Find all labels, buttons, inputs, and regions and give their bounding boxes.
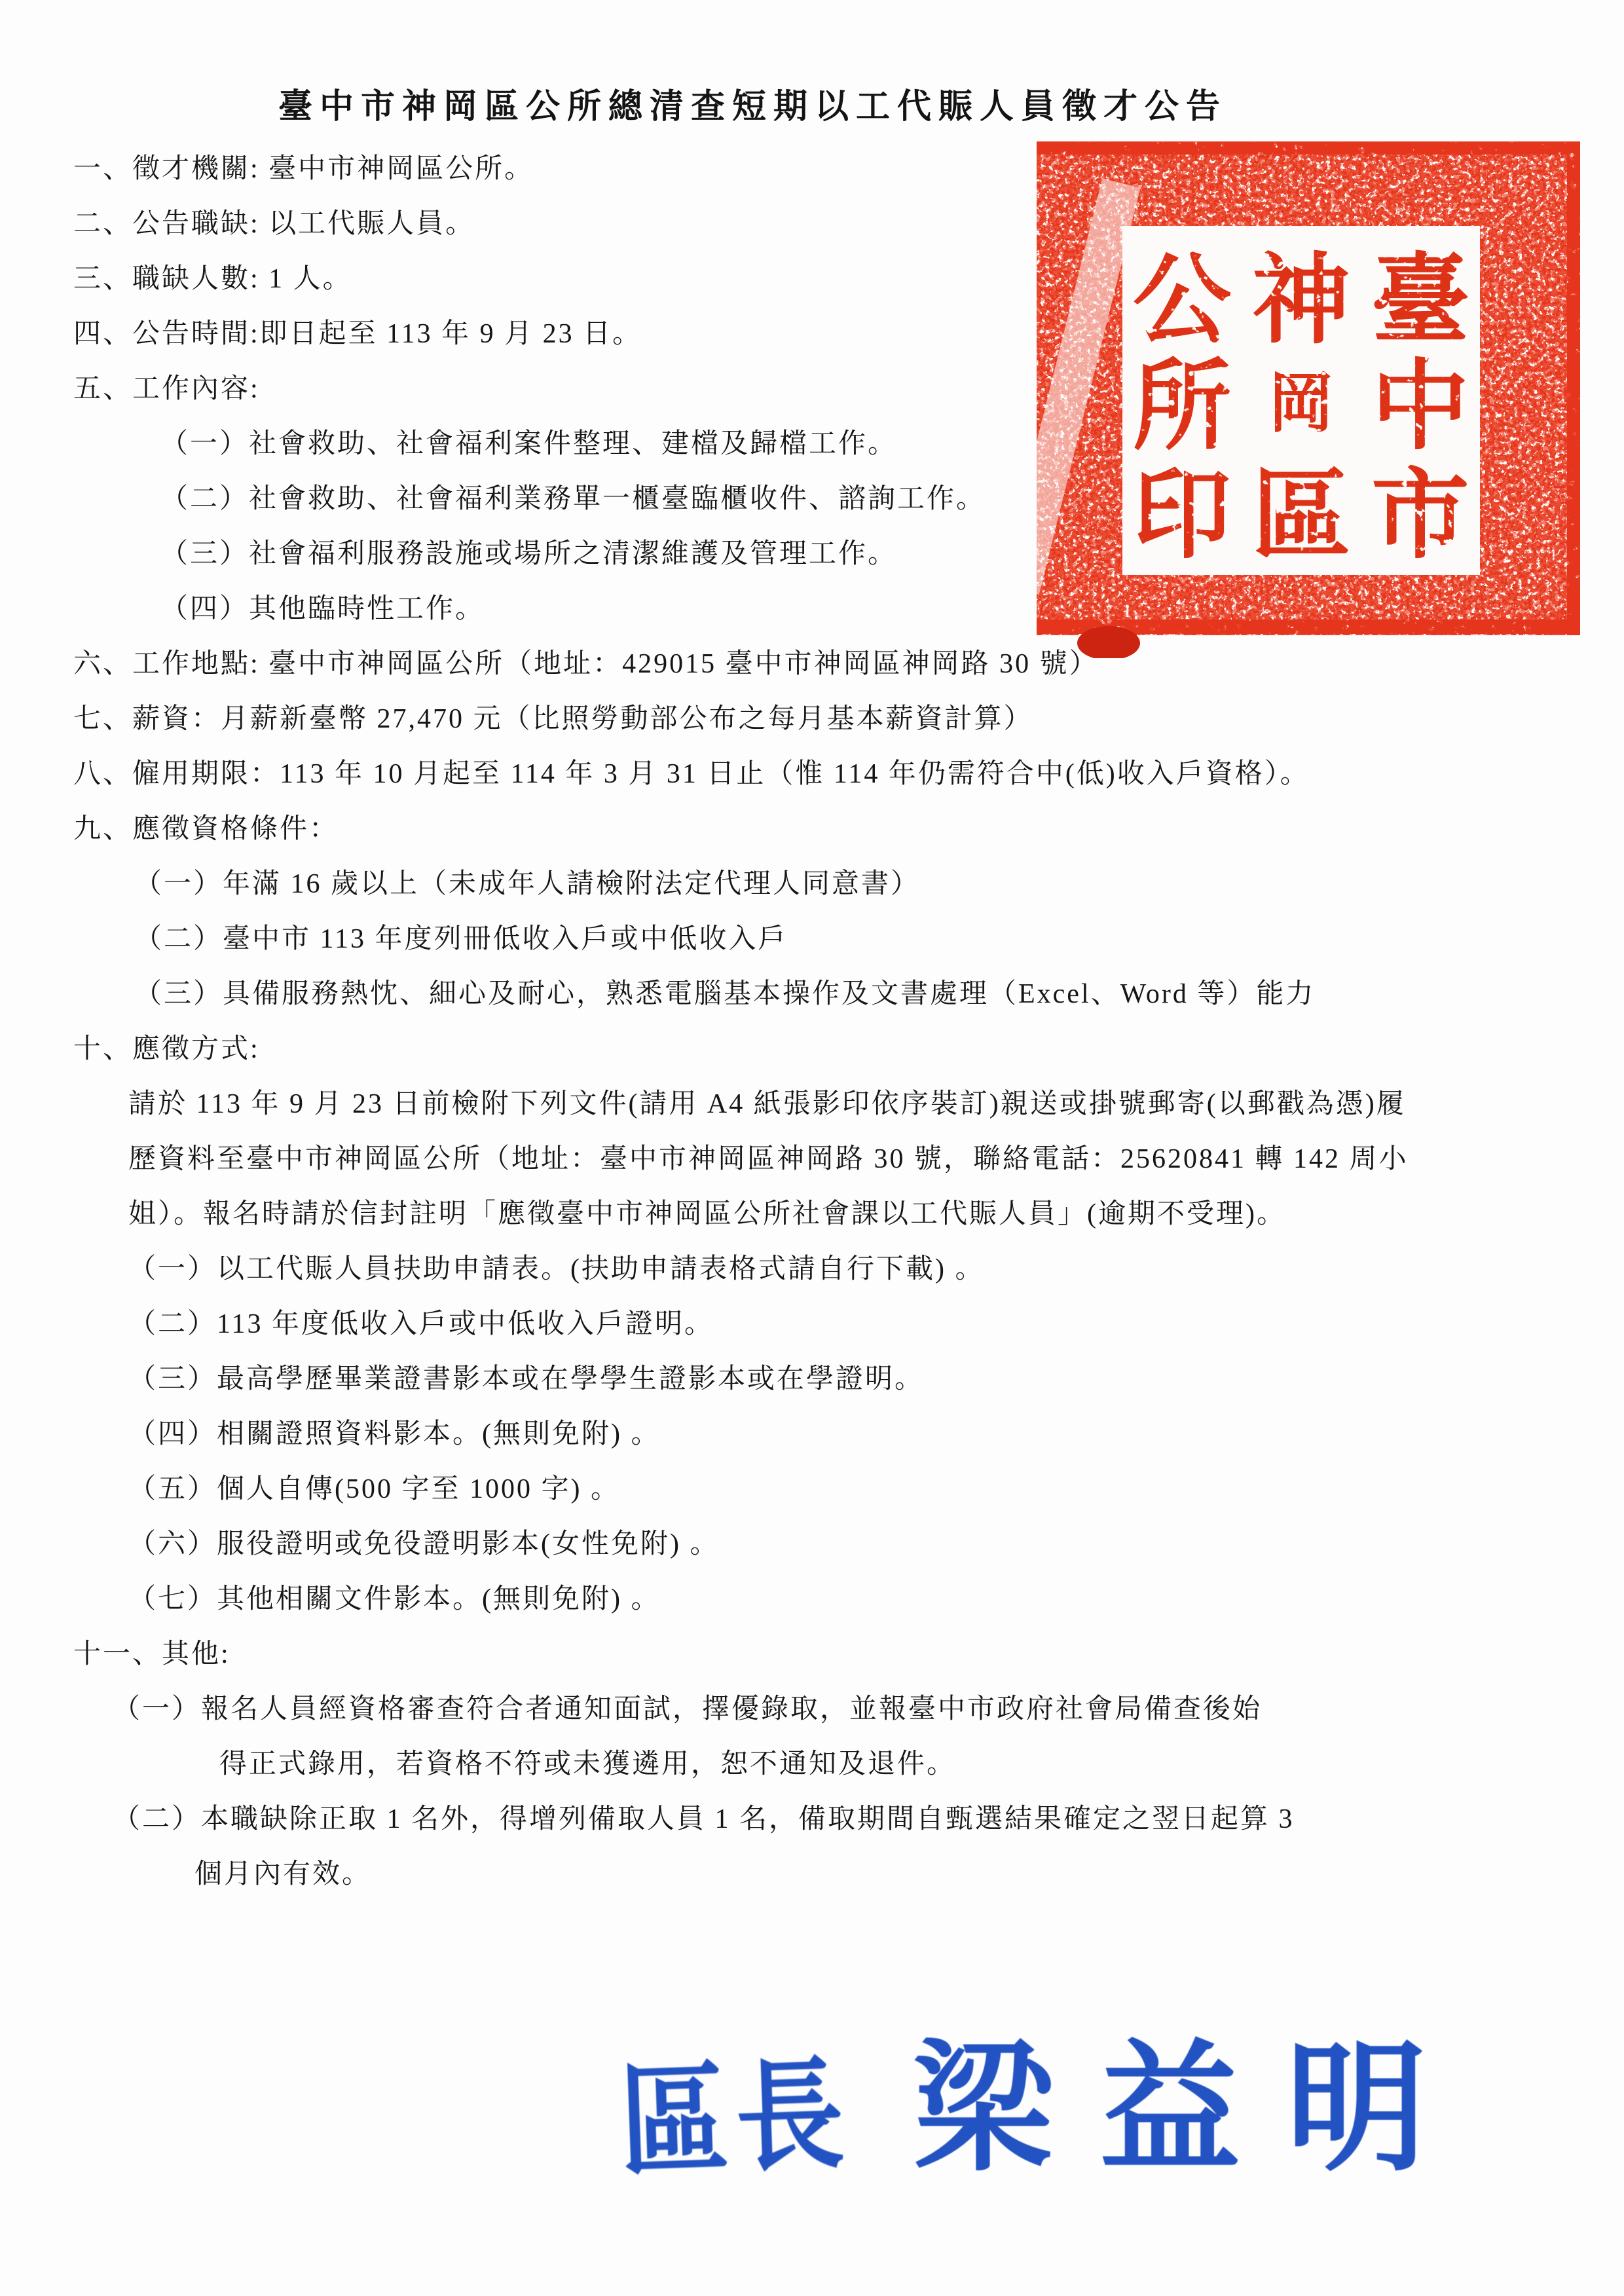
document-line: （五）個人自傳(500 字至 1000 字) 。 — [0, 1459, 1624, 1514]
seal-characters: 臺 中 市 神 岡 區 公 所 印 — [1133, 247, 1469, 570]
signature-stamp: 區長 梁益明 — [622, 1988, 1473, 2184]
seal-character: 所 — [1133, 353, 1231, 462]
document-line: （一）報名人員經資格審查符合者通知面試，擇優錄取，並報臺中市政府社會局備查後始 — [0, 1679, 1624, 1734]
document-line: （三）最高學歷畢業證書影本或在學學生證影本或在學證明。 — [0, 1349, 1624, 1404]
seal-character: 區 — [1252, 462, 1350, 570]
document-line: （四）相關證照資料影本。(無則免附) 。 — [0, 1404, 1624, 1459]
seal-character: 臺 — [1371, 247, 1469, 356]
document-line: 八、僱用期限：113 年 10 月起至 114 年 3 月 31 日止（惟 11… — [0, 744, 1624, 799]
document-line: （一）以工代賑人員扶助申請表。(扶助申請表格式請自行下載) 。 — [0, 1239, 1624, 1294]
signature-title: 區長 — [618, 2055, 854, 2184]
seal-character: 神 — [1252, 247, 1350, 356]
seal-character: 中 — [1371, 353, 1469, 462]
seal-character-center: 岡 — [1268, 367, 1334, 440]
document-line: （二）本職缺除正取 1 名外，得增列備取人員 1 名，備取期間自甄選結果確定之翌… — [0, 1789, 1624, 1844]
page-title: 臺中市神岡區公所總清查短期以工代賑人員徵才公告 — [278, 79, 1227, 128]
document-line: （六）服役證明或免役證明影本(女性免附) 。 — [0, 1514, 1624, 1569]
document-line: 七、薪資：月薪新臺幣 27,470 元（比照勞動部公布之每月基本薪資計算） — [0, 689, 1624, 744]
document-line: 個月內有效。 — [0, 1844, 1624, 1899]
document-line: 得正式錄用，若資格不符或未獲遴用，恕不通知及退件。 — [0, 1734, 1624, 1789]
document-line: 請於 113 年 9 月 23 日前檢附下列文件(請用 A4 紙張影印依序裝訂)… — [0, 1074, 1624, 1129]
seal-character: 市 — [1371, 462, 1469, 570]
document-line: （一）年滿 16 歲以上（未成年人請檢附法定代理人同意書） — [0, 854, 1624, 909]
document-line: 十一、其他: — [0, 1624, 1624, 1679]
document-line: 九、應徵資格條件： — [0, 799, 1624, 854]
document-line: （三）具備服務熱忱、細心及耐心，熟悉電腦基本操作及文書處理（Excel、Word… — [0, 964, 1624, 1019]
document-line: （二）臺中市 113 年度列冊低收入戶或中低收入戶 — [0, 909, 1624, 964]
document-line: 十、應徵方式: — [0, 1019, 1624, 1074]
seal-character: 公 — [1133, 247, 1231, 356]
document-line: 歷資料至臺中市神岡區公所（地址：臺中市神岡區神岡路 30 號，聯絡電話：2562… — [0, 1129, 1624, 1184]
signature-name: 梁益明 — [913, 2039, 1473, 2184]
document-line: 姐）。報名時請於信封註明「應徵臺中市神岡區公所社會課以工代賑人員」(逾期不受理)… — [0, 1184, 1624, 1239]
document-line: （七）其他相關文件影本。(無則免附) 。 — [0, 1569, 1624, 1624]
document-line: （二）113 年度低收入戶或中低收入戶證明。 — [0, 1294, 1624, 1349]
seal-character: 印 — [1133, 462, 1231, 570]
official-seal-graphic: 臺 中 市 神 岡 區 公 所 印 — [1031, 138, 1585, 658]
official-seal: 臺 中 市 神 岡 區 公 所 印 — [1031, 138, 1585, 658]
